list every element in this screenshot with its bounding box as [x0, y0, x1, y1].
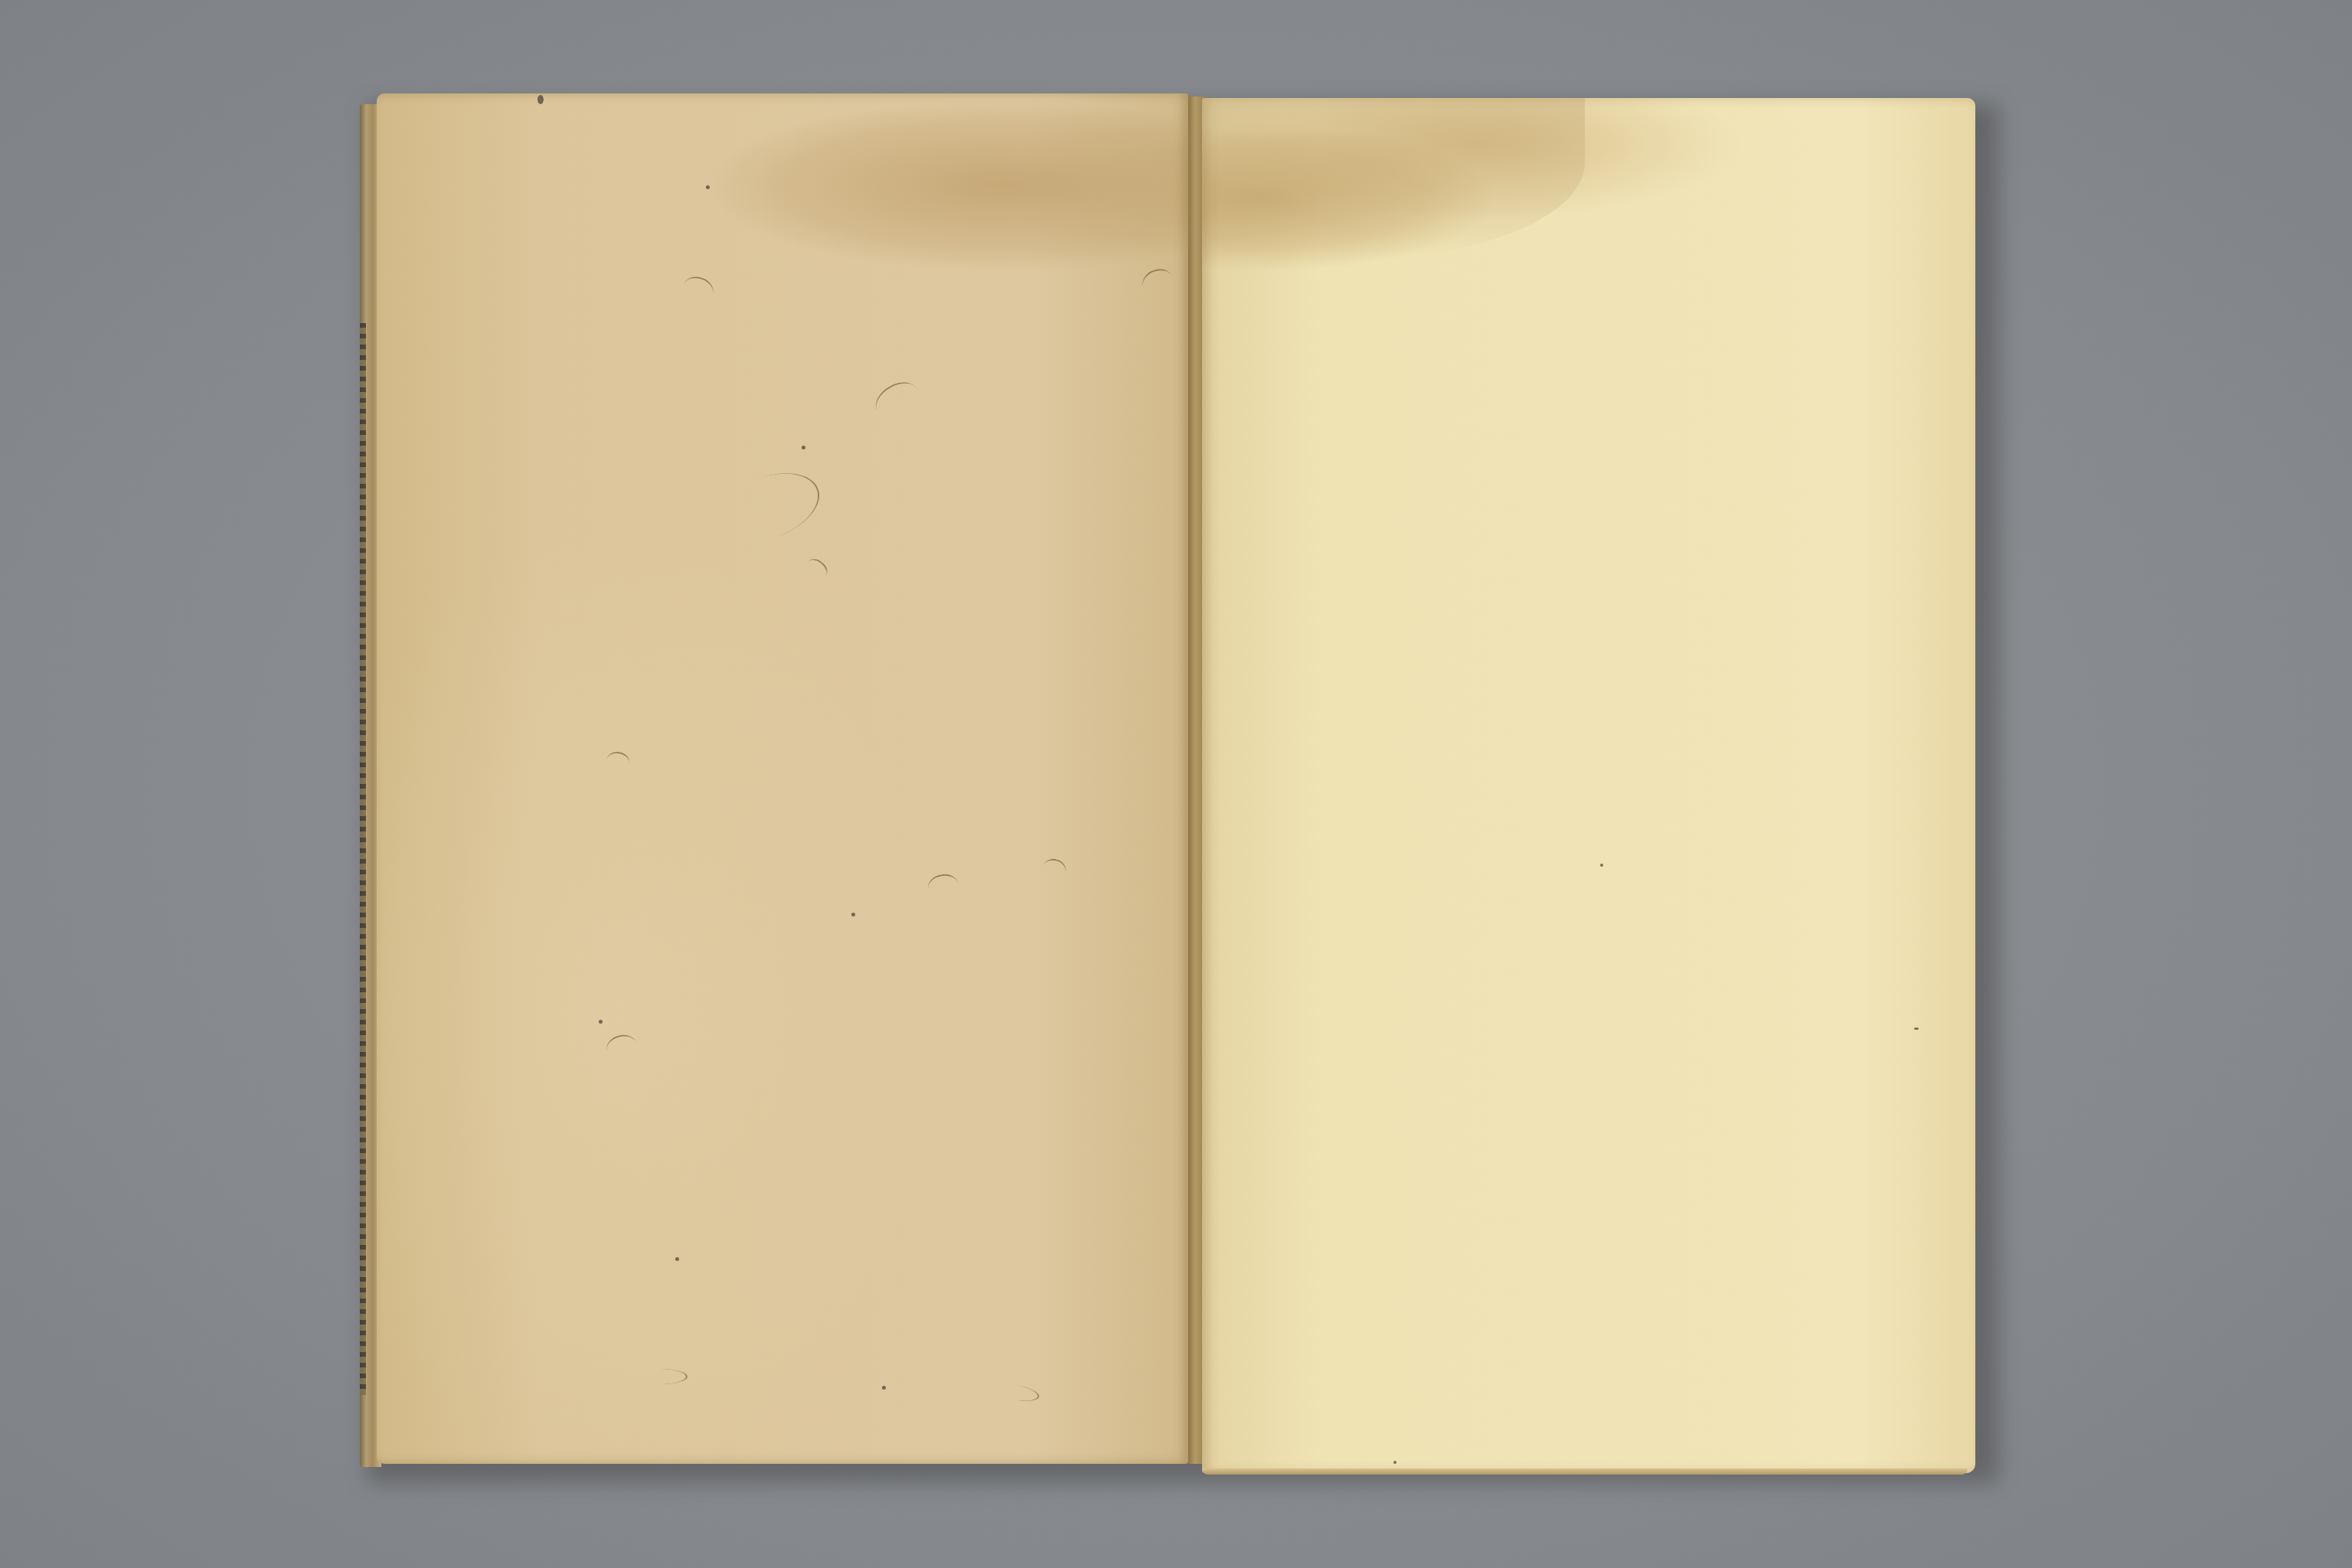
paper-speck	[1600, 864, 1603, 867]
paper-speck	[882, 1386, 886, 1390]
paper-speck	[802, 446, 805, 449]
paper-fiber	[802, 555, 831, 583]
paper-speck	[599, 1020, 603, 1024]
water-stain	[1202, 98, 1585, 259]
paper-fiber	[706, 460, 829, 555]
paper-fiber	[870, 375, 926, 426]
paper-fiber	[1139, 265, 1177, 299]
paper-fiber	[680, 273, 717, 306]
worn-binding-edge	[360, 323, 366, 1395]
right-page	[1202, 98, 1975, 1473]
left-page	[377, 93, 1188, 1464]
paper-fiber	[604, 1031, 640, 1063]
paper-fiber	[984, 1380, 1040, 1404]
paper-speck	[851, 913, 855, 916]
paper-fiber	[1040, 857, 1068, 882]
right-page-bottom-edge	[1202, 1468, 1968, 1475]
paper-speck	[706, 185, 710, 189]
paper-speck	[1393, 1461, 1396, 1464]
paper-fiber	[605, 750, 631, 774]
open-book	[360, 93, 1991, 1472]
paper-fiber	[632, 1369, 688, 1384]
paper-speck	[675, 1257, 679, 1261]
paper-speck	[537, 95, 544, 104]
paper-speck	[1914, 1027, 1919, 1030]
paper-fiber	[926, 872, 961, 901]
